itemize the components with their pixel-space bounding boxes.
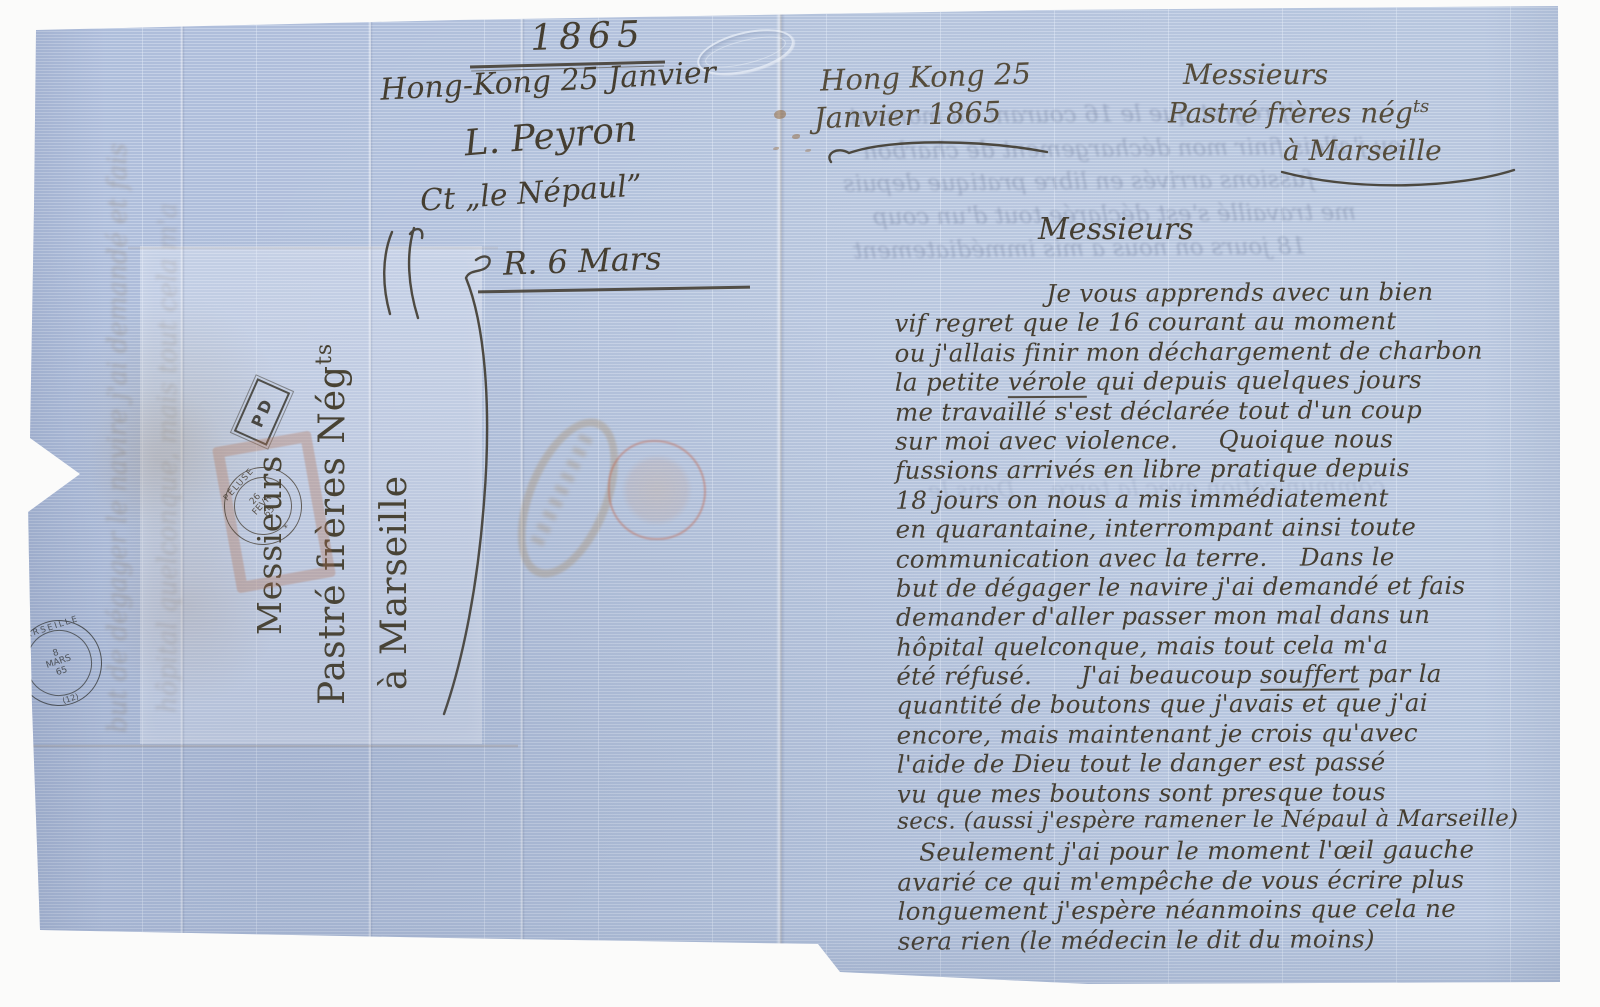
body-line: avarié ce qui m'empêche de vous écrire p… <box>897 864 1561 897</box>
body-line: but de dégager le navire j'ai demandé et… <box>896 570 1560 603</box>
annotation-received-date: R. 6 Mars <box>502 239 662 283</box>
fold-crease <box>28 744 518 748</box>
letter-body: Je vous apprends avec un bien vif regret… <box>894 276 1562 955</box>
body-line: 18 jours on nous a mis immédiatement <box>895 482 1559 515</box>
letter-addressee-line: Messieurs <box>1183 58 1328 91</box>
address-paraph-flourish <box>426 252 501 722</box>
body-line: demander d'aller passer mon mal dans un <box>896 600 1560 633</box>
body-line: vu que mes boutons sont presque tous <box>897 776 1561 809</box>
showthrough-text: but de dégager le navire j'ai demandé et… <box>103 313 133 733</box>
body-line: sera rien (le médecin le dit du moins) <box>898 923 1562 956</box>
annotation-captain-name: L. Peyron <box>463 109 639 165</box>
body-line: encore, mais maintenant je crois qu'avec <box>897 717 1561 750</box>
letter-dateline-date: Janvier 1865 <box>813 95 1001 136</box>
body-line: fussions arrivés en libre pratique depui… <box>895 453 1559 486</box>
letter-scan: but de dégager le navire j'ai demandé et… <box>0 0 1600 1007</box>
marseille-datestamp: MARSEILLE 8 MARS 65 (12) <box>5 609 113 717</box>
body-line: Je vous apprends avec un bien <box>894 276 1558 309</box>
wax-seal-showthrough <box>608 440 706 540</box>
body-line: la petite vérole qui depuis quelques jou… <box>895 364 1559 397</box>
body-line: en quarantaine, interrompant ainsi toute <box>895 511 1559 544</box>
pd-stamp-label: PD <box>247 394 277 430</box>
body-line: vif regret que le 16 courant au moment <box>894 306 1558 339</box>
body-line: hôpital quelconque, mais tout cela m'a <box>896 629 1560 662</box>
body-line: Seulement j'ai pour le moment l'œil gauc… <box>897 835 1561 868</box>
dateline-swash <box>823 136 1053 172</box>
body-line: été réfusé. J'ai beaucoup souffert par l… <box>896 658 1560 691</box>
letter-dateline-place: Hong Kong 25 <box>819 56 1031 97</box>
body-line: quantité de boutons que j'avais et que j… <box>896 688 1560 721</box>
letter-addressee-line: Pastré frères négts <box>1168 96 1429 129</box>
body-line: secs. (aussi j'espère ramener le Népaul … <box>897 805 1561 838</box>
body-line: communication avec la terre. Dans le <box>896 541 1560 574</box>
center-fold-crease <box>776 6 785 986</box>
body-line: longuement j'espère néanmoins que cela n… <box>897 893 1561 926</box>
fold-crease <box>180 6 185 986</box>
annotation-year: 1865 <box>497 13 678 60</box>
addressee-swash <box>1278 166 1518 192</box>
letter-paper: but de dégager le navire j'ai demandé et… <box>28 6 1560 986</box>
pencil-note: M <box>398 936 432 974</box>
annotation-ship-name: Ct „le Népaul” <box>419 168 643 218</box>
letter-salutation: Messieurs <box>1038 212 1194 247</box>
received-underline <box>478 286 750 293</box>
annotation-origin-date: Hong-Kong 25 Janvier <box>379 55 717 108</box>
body-line: l'aide de Dieu tout le danger est passé <box>897 747 1561 780</box>
letter-addressee-line: à Marseille <box>1283 134 1442 167</box>
body-line: ou j'allais finir mon déchargement de ch… <box>895 335 1559 368</box>
body-line: me travaillé s'est déclarée tout d'un co… <box>895 394 1559 427</box>
body-line: sur moi avec violence. Quoique nous <box>895 423 1559 456</box>
